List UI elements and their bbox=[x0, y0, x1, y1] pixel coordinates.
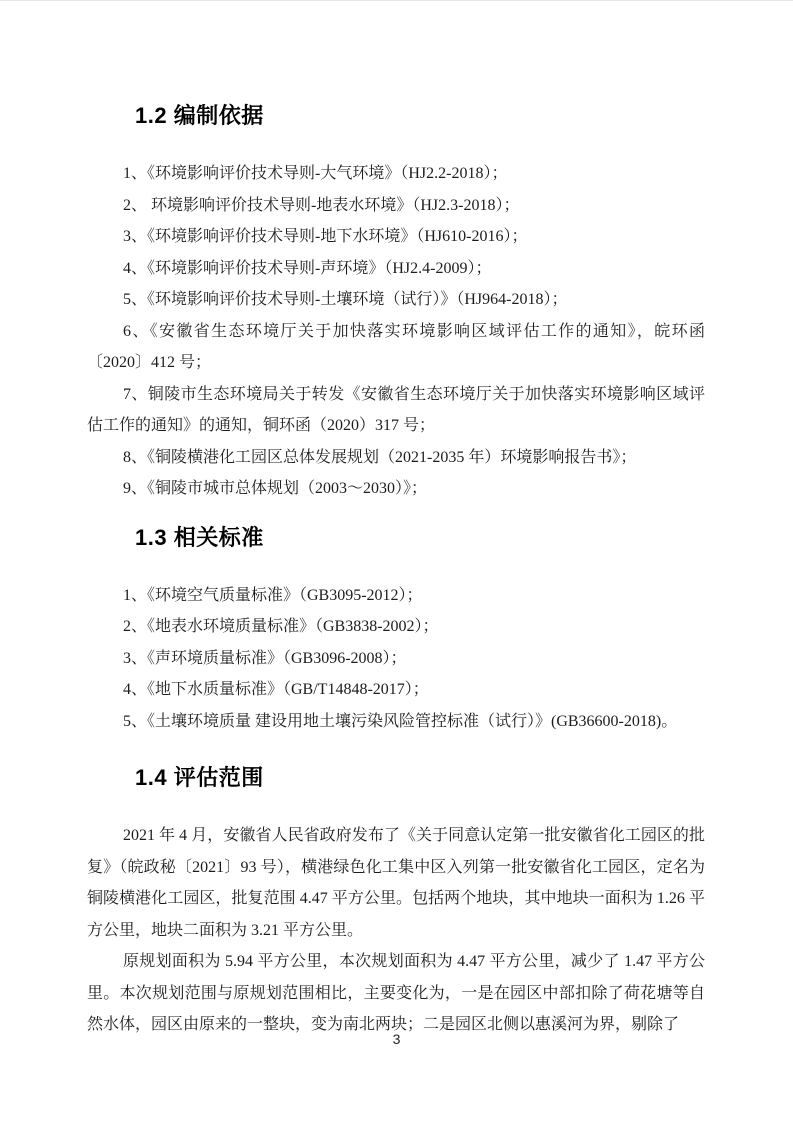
list-item-1-3-4: 4、《地下水质量标准》（GB/T14848-2017）； bbox=[87, 674, 705, 706]
section-1-3-list: 1、《环境空气质量标准》（GB3095-2012）； 2、《地表水环境质量标准》… bbox=[87, 580, 705, 738]
list-item-1-3-3: 3、《声环境质量标准》（GB3096-2008）； bbox=[87, 643, 705, 675]
list-item-1-2-7: 7、铜陵市生态环境局关于转发《安徽省生态环境厅关于加快落实环境影响区域评估工作的… bbox=[87, 379, 705, 442]
section-1-4-body: 2021 年 4 月，安徽省人民省政府发布了《关于同意认定第一批安徽省化工园区的… bbox=[87, 820, 705, 1041]
list-item-1-3-2: 2、《地表水环境质量标准》（GB3838-2002）； bbox=[87, 611, 705, 643]
paragraph-1-4-2: 原规划面积为 5.94 平方公里，本次规划面积为 4.47 平方公里，减少了 1… bbox=[87, 946, 705, 1041]
list-item-1-2-5: 5、《环境影响评价技术导则-土壤环境（试行）》（HJ964-2018）； bbox=[87, 284, 705, 316]
page-number: 3 bbox=[0, 1031, 793, 1047]
list-item-1-3-5: 5、《土壤环境质量 建设用地土壤污染风险管控标准（试行）》(GB36600-20… bbox=[87, 706, 705, 738]
list-item-1-2-2: 2、 环境影响评价技术导则-地表水环境》（HJ2.3-2018）； bbox=[87, 190, 705, 222]
section-heading-1-4: 1.4 评估范围 bbox=[135, 763, 705, 793]
paragraph-1-4-1: 2021 年 4 月，安徽省人民省政府发布了《关于同意认定第一批安徽省化工园区的… bbox=[87, 820, 705, 946]
list-item-1-2-3: 3、《环境影响评价技术导则-地下水环境》（HJ610-2016）； bbox=[87, 221, 705, 253]
list-item-1-3-1: 1、《环境空气质量标准》（GB3095-2012）； bbox=[87, 580, 705, 612]
list-item-1-2-6: 6、《安徽省生态环境厅关于加快落实环境影响区域评估工作的通知》，皖环函〔2020… bbox=[87, 316, 705, 379]
list-item-1-2-1: 1、《环境影响评价技术导则-大气环境》（HJ2.2-2018）； bbox=[87, 158, 705, 190]
section-heading-1-3: 1.3 相关标准 bbox=[135, 523, 705, 553]
list-item-1-2-8: 8、《铜陵横港化工园区总体发展规划（2021-2035 年）环境影响报告书》； bbox=[87, 442, 705, 474]
section-1-2-list: 1、《环境影响评价技术导则-大气环境》（HJ2.2-2018）； 2、 环境影响… bbox=[87, 158, 705, 505]
list-item-1-2-4: 4、《环境影响评价技术导则-声环境》（HJ2.4-2009）； bbox=[87, 253, 705, 285]
list-item-1-2-9: 9、《铜陵市城市总体规划（2003～2030）》； bbox=[87, 473, 705, 505]
section-heading-1-2: 1.2 编制依据 bbox=[135, 101, 705, 131]
document-page: 1.2 编制依据 1、《环境影响评价技术导则-大气环境》（HJ2.2-2018）… bbox=[0, 0, 793, 1122]
